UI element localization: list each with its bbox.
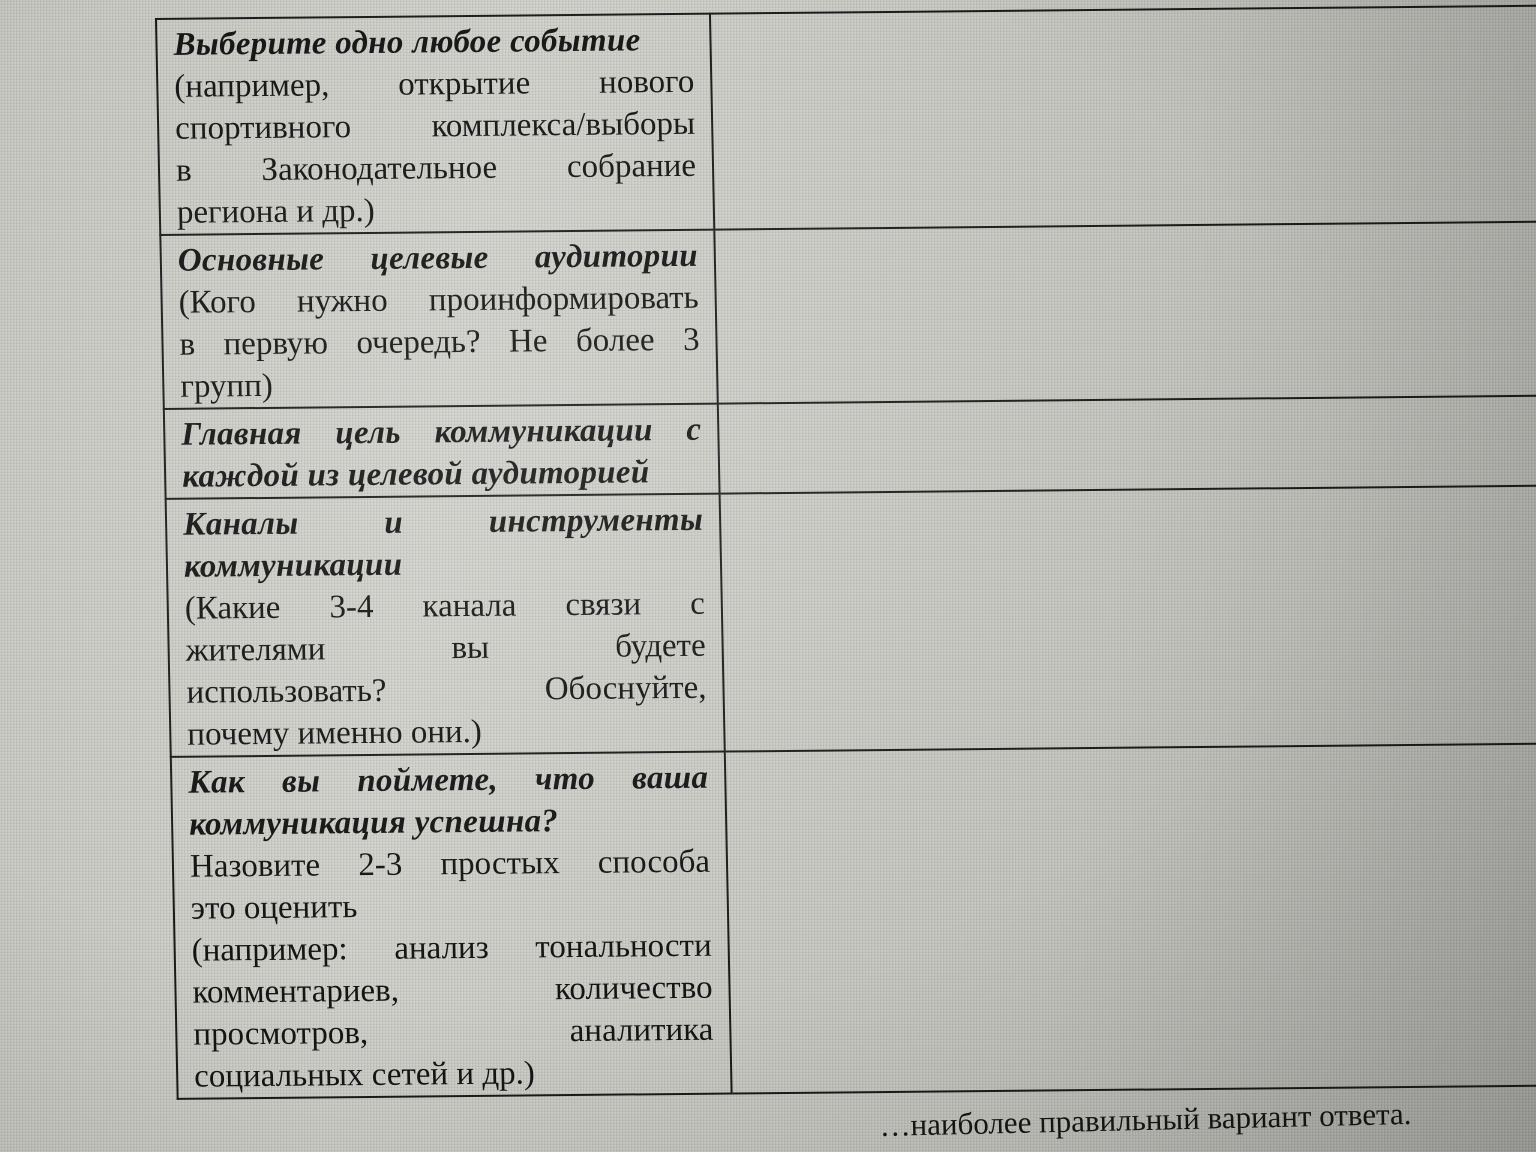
question-text-line: это оценить: [190, 883, 711, 930]
question-title: Выберите одно любое событие: [173, 19, 694, 66]
question-text-line: жителями вы будете: [185, 625, 706, 672]
document-page: Выберите одно любое событие (например, о…: [0, 0, 1536, 1152]
question-title: каждой из целевой аудиторией: [182, 451, 703, 498]
question-cell-goal: Главная цель коммуникации с каждой из це…: [164, 404, 720, 499]
answer-cell-event[interactable]: [710, 5, 1536, 230]
question-text-line: (Какие 3-4 канала связи с: [184, 583, 705, 630]
question-cell-event: Выберите одно любое событие (например, о…: [156, 14, 714, 235]
question-title: коммуникации: [184, 541, 705, 588]
question-cell-audiences: Основные целевые аудитории (Кого нужно п…: [160, 230, 717, 409]
question-title: Главная цель коммуникации с: [181, 409, 702, 456]
question-cell-channels: Каналы и инструменты коммуникации (Какие…: [166, 494, 725, 757]
question-text-line: (например, открытие нового: [174, 61, 695, 108]
answer-cell-goal[interactable]: [718, 395, 1536, 494]
answer-cell-success[interactable]: [725, 743, 1536, 1094]
question-text-line: просмотров, аналитика: [193, 1009, 714, 1056]
table-row-goal: Главная цель коммуникации с каждой из це…: [164, 395, 1536, 499]
table-row-event: Выберите одно любое событие (например, о…: [156, 5, 1536, 235]
question-text-line: почему именно они.): [187, 709, 708, 756]
question-text-line: использовать? Обоснуйте,: [186, 667, 707, 714]
worksheet-table: Выберите одно любое событие (например, о…: [155, 4, 1536, 1100]
answer-cell-channels[interactable]: [720, 485, 1536, 752]
table-row-audiences: Основные целевые аудитории (Кого нужно п…: [160, 221, 1536, 409]
question-title: Каналы и инструменты: [183, 499, 704, 546]
question-text-line: спортивного комплекса/выборы: [175, 103, 696, 150]
question-text-line: Назовите 2-3 простых способа: [190, 841, 711, 888]
question-text-line: (Кого нужно проинформировать: [178, 277, 699, 324]
question-text-line: региона и др.): [176, 187, 697, 234]
question-title: коммуникация успешна?: [189, 799, 710, 846]
question-cell-success: Как вы поймете, что ваша коммуникация ус…: [171, 752, 732, 1099]
question-title: Как вы поймете, что ваша: [188, 757, 709, 804]
question-text-line: в первую очередь? Не более 3: [179, 319, 700, 366]
answer-cell-audiences[interactable]: [714, 221, 1536, 404]
question-text-line: (например: анализ тональности: [191, 925, 712, 972]
question-text-line: социальных сетей и др.): [194, 1051, 715, 1098]
question-text-line: групп): [180, 361, 701, 408]
question-text-line: комментариев, количество: [192, 967, 713, 1014]
table-row-success: Как вы поймете, что ваша коммуникация ус…: [171, 743, 1536, 1099]
table-row-channels: Каналы и инструменты коммуникации (Какие…: [166, 485, 1536, 757]
question-title: Основные целевые аудитории: [177, 235, 698, 282]
question-text-line: в Законодательное собрание: [176, 145, 697, 192]
